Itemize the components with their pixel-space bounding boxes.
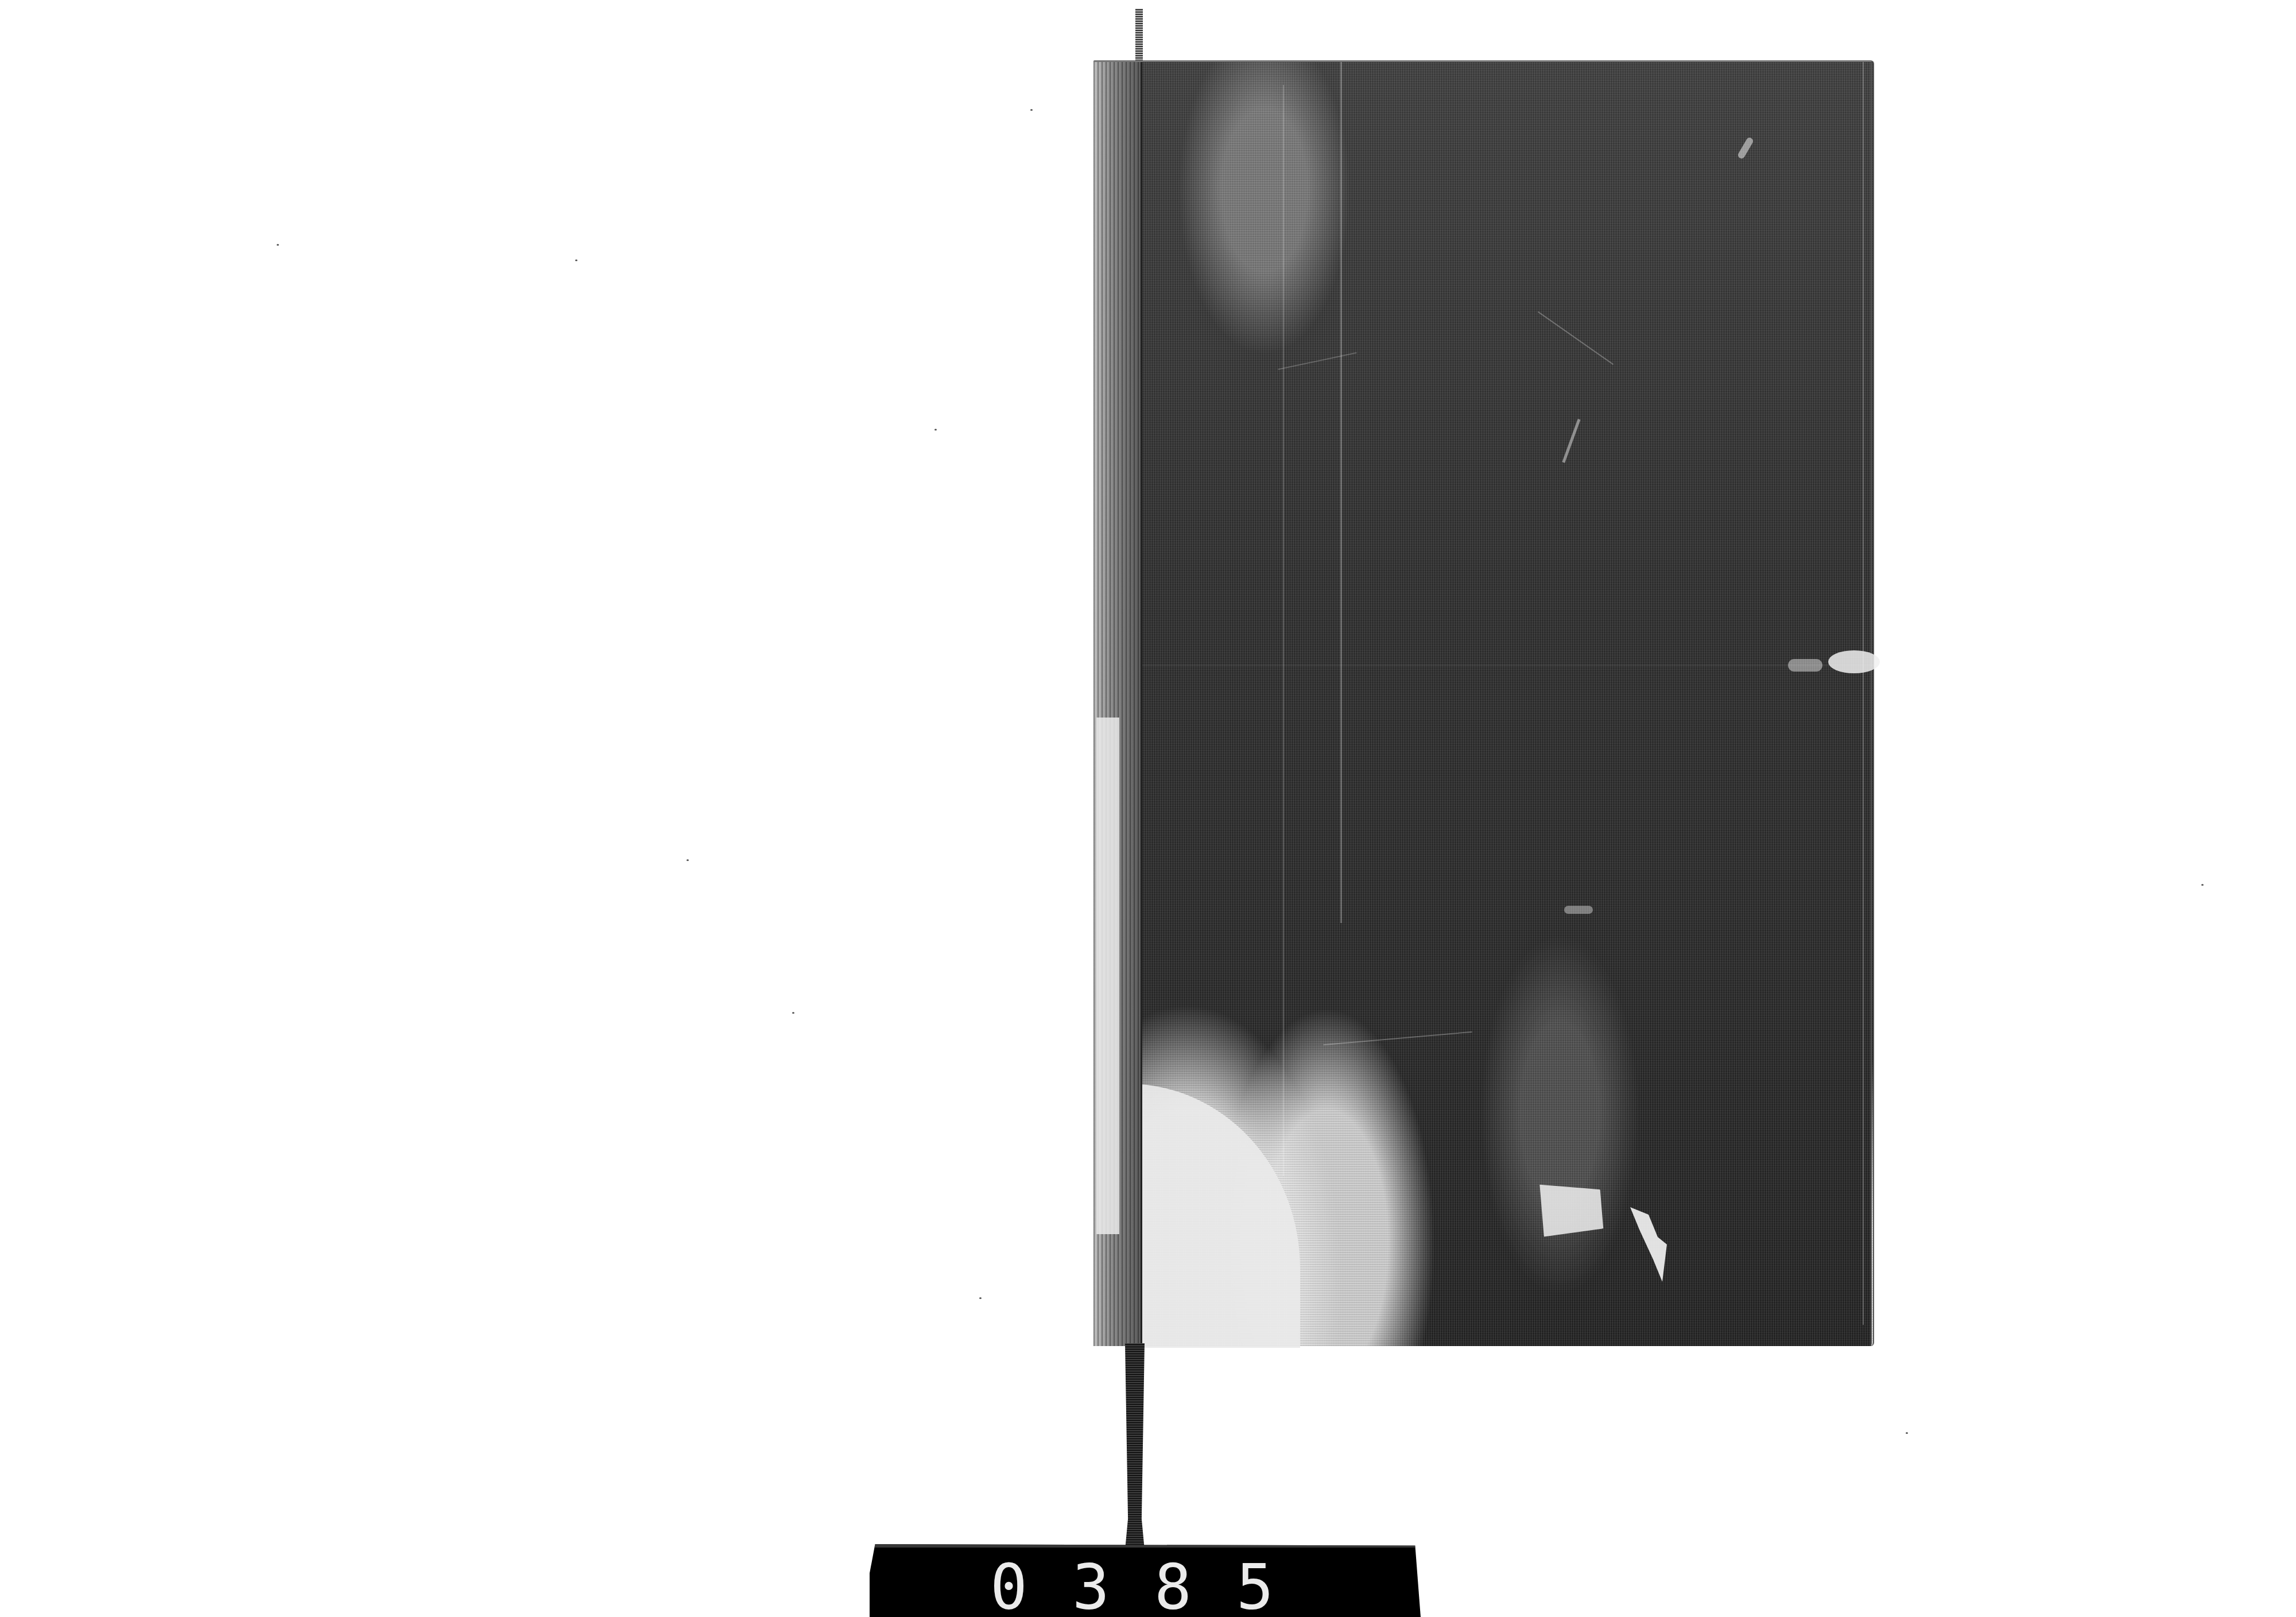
scratch-mark	[1283, 85, 1284, 1176]
catalog-number-label: 0385	[870, 1544, 1421, 1617]
scratch-mark	[1538, 311, 1614, 364]
dust-speck	[1906, 1432, 1908, 1434]
dust-speck	[277, 244, 279, 246]
dust-speck	[979, 1297, 982, 1299]
dust-speck	[575, 259, 577, 261]
book-cover	[1093, 60, 1874, 1346]
scratch-mark	[1323, 1032, 1472, 1046]
scratch-mark	[1562, 419, 1580, 463]
dust-speck	[934, 429, 937, 431]
scratch-mark	[1863, 62, 1864, 1325]
binding-tie-top	[1135, 9, 1143, 63]
dust-speck	[1030, 109, 1033, 111]
worn-area	[1128, 1084, 1300, 1348]
dust-speck	[687, 859, 689, 861]
worn-patch	[1828, 650, 1880, 673]
scan-page: 0385	[0, 0, 2296, 1617]
spine-worn-strip	[1096, 718, 1119, 1234]
scratch-mark	[1564, 906, 1593, 914]
dust-speck	[792, 1012, 794, 1014]
scratch-mark	[1737, 137, 1754, 160]
worn-patch	[1527, 1166, 1613, 1248]
worn-patch	[1630, 1207, 1676, 1282]
scratch-mark	[1340, 62, 1342, 923]
dust-speck	[2201, 884, 2204, 886]
label-edge	[870, 1544, 1421, 1548]
binding-tie-bottom	[1125, 1343, 1145, 1550]
catalog-number: 0385	[990, 1557, 1318, 1617]
scratch-mark	[1278, 352, 1356, 370]
scratch-mark	[1093, 665, 1874, 666]
